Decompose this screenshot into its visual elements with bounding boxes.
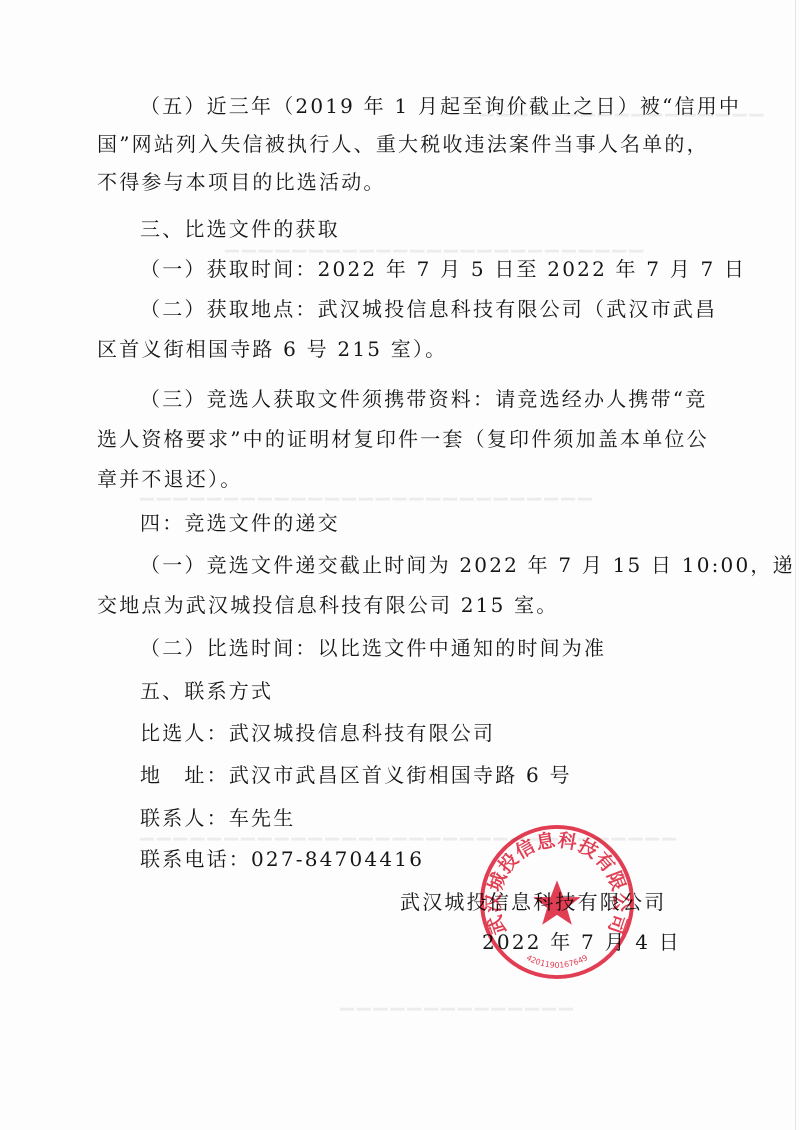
contact-phone-value: 027-84704416	[251, 847, 424, 871]
paragraph-line: （五）近三年（2019 年 1 月起至询价截止之日）被“信用中	[140, 93, 741, 119]
contact-address-label: 地 址：	[140, 763, 229, 787]
contact-phone-label: 联系电话：	[140, 847, 251, 871]
contact-person-value: 车先生	[229, 806, 296, 830]
contact-selector-value: 武汉城投信息科技有限公司	[229, 721, 495, 745]
section-heading: 四：竞选文件的递交	[140, 510, 340, 536]
contact-phone: 联系电话：027-84704416	[140, 846, 424, 872]
seal-code: 4201190167649	[525, 953, 589, 970]
contact-address: 地 址：武汉市武昌区首义街相国寺路 6 号	[140, 762, 572, 788]
section-heading: 三、比选文件的获取	[140, 216, 340, 242]
paragraph-line: （二）获取地点：武汉城投信息科技有限公司（武汉市武昌	[140, 296, 717, 322]
contact-selector: 比选人：武汉城投信息科技有限公司	[140, 720, 495, 746]
star-icon	[533, 880, 580, 924]
paragraph-line: 区首义街相国寺路 6 号 215 室）。	[97, 336, 447, 362]
contact-address-value: 武汉市武昌区首义街相国寺路 6 号	[229, 763, 572, 787]
paragraph-line: 选人资格要求”中的证明材复印件一套（复印件须加盖本单位公	[97, 426, 709, 452]
paragraph-line: （二）比选时间：以比选文件中通知的时间为准	[140, 635, 606, 661]
paragraph-line: 不得参与本项目的比选活动。	[97, 169, 386, 195]
paragraph-line: （三）竞选人获取文件须携带资料：请竞选经办人携带“竞	[140, 386, 707, 412]
section-heading: 五、联系方式	[140, 678, 273, 704]
contact-selector-label: 比选人：	[140, 721, 229, 745]
paragraph-line: 章并不退还）。	[97, 466, 242, 492]
contact-person-label: 联系人：	[140, 806, 229, 830]
contact-person: 联系人：车先生	[140, 805, 295, 831]
paragraph-line: 交地点为武汉城投信息科技有限公司 215 室。	[97, 592, 559, 618]
paragraph-line: （一）获取时间：2022 年 7 月 5 日至 2022 年 7 月 7 日	[140, 256, 746, 282]
paragraph-line: （一）竞选文件递交截止时间为 2022 年 7 月 15 日 10:00，递	[140, 552, 795, 578]
paragraph-line: 国”网站列入失信被执行人、重大税收违法案件当事人名单的，	[97, 131, 709, 157]
show-through-text: ▁▁▁▁▁▁▁▁▁▁▁▁▁▁	[340, 990, 576, 1011]
svg-text:4201190167649: 4201190167649	[525, 953, 589, 970]
page-edge	[795, 0, 796, 1130]
official-seal-icon: 武汉城投信息科技有限公司 4201190167649	[478, 823, 636, 981]
document-page: ▁▁▁▁▁▁▁▁▁▁▁▁▁▁▁▁▁ ▁▁▁▁▁▁▁▁▁▁▁▁▁▁▁▁▁▁▁▁▁▁…	[0, 0, 800, 1130]
